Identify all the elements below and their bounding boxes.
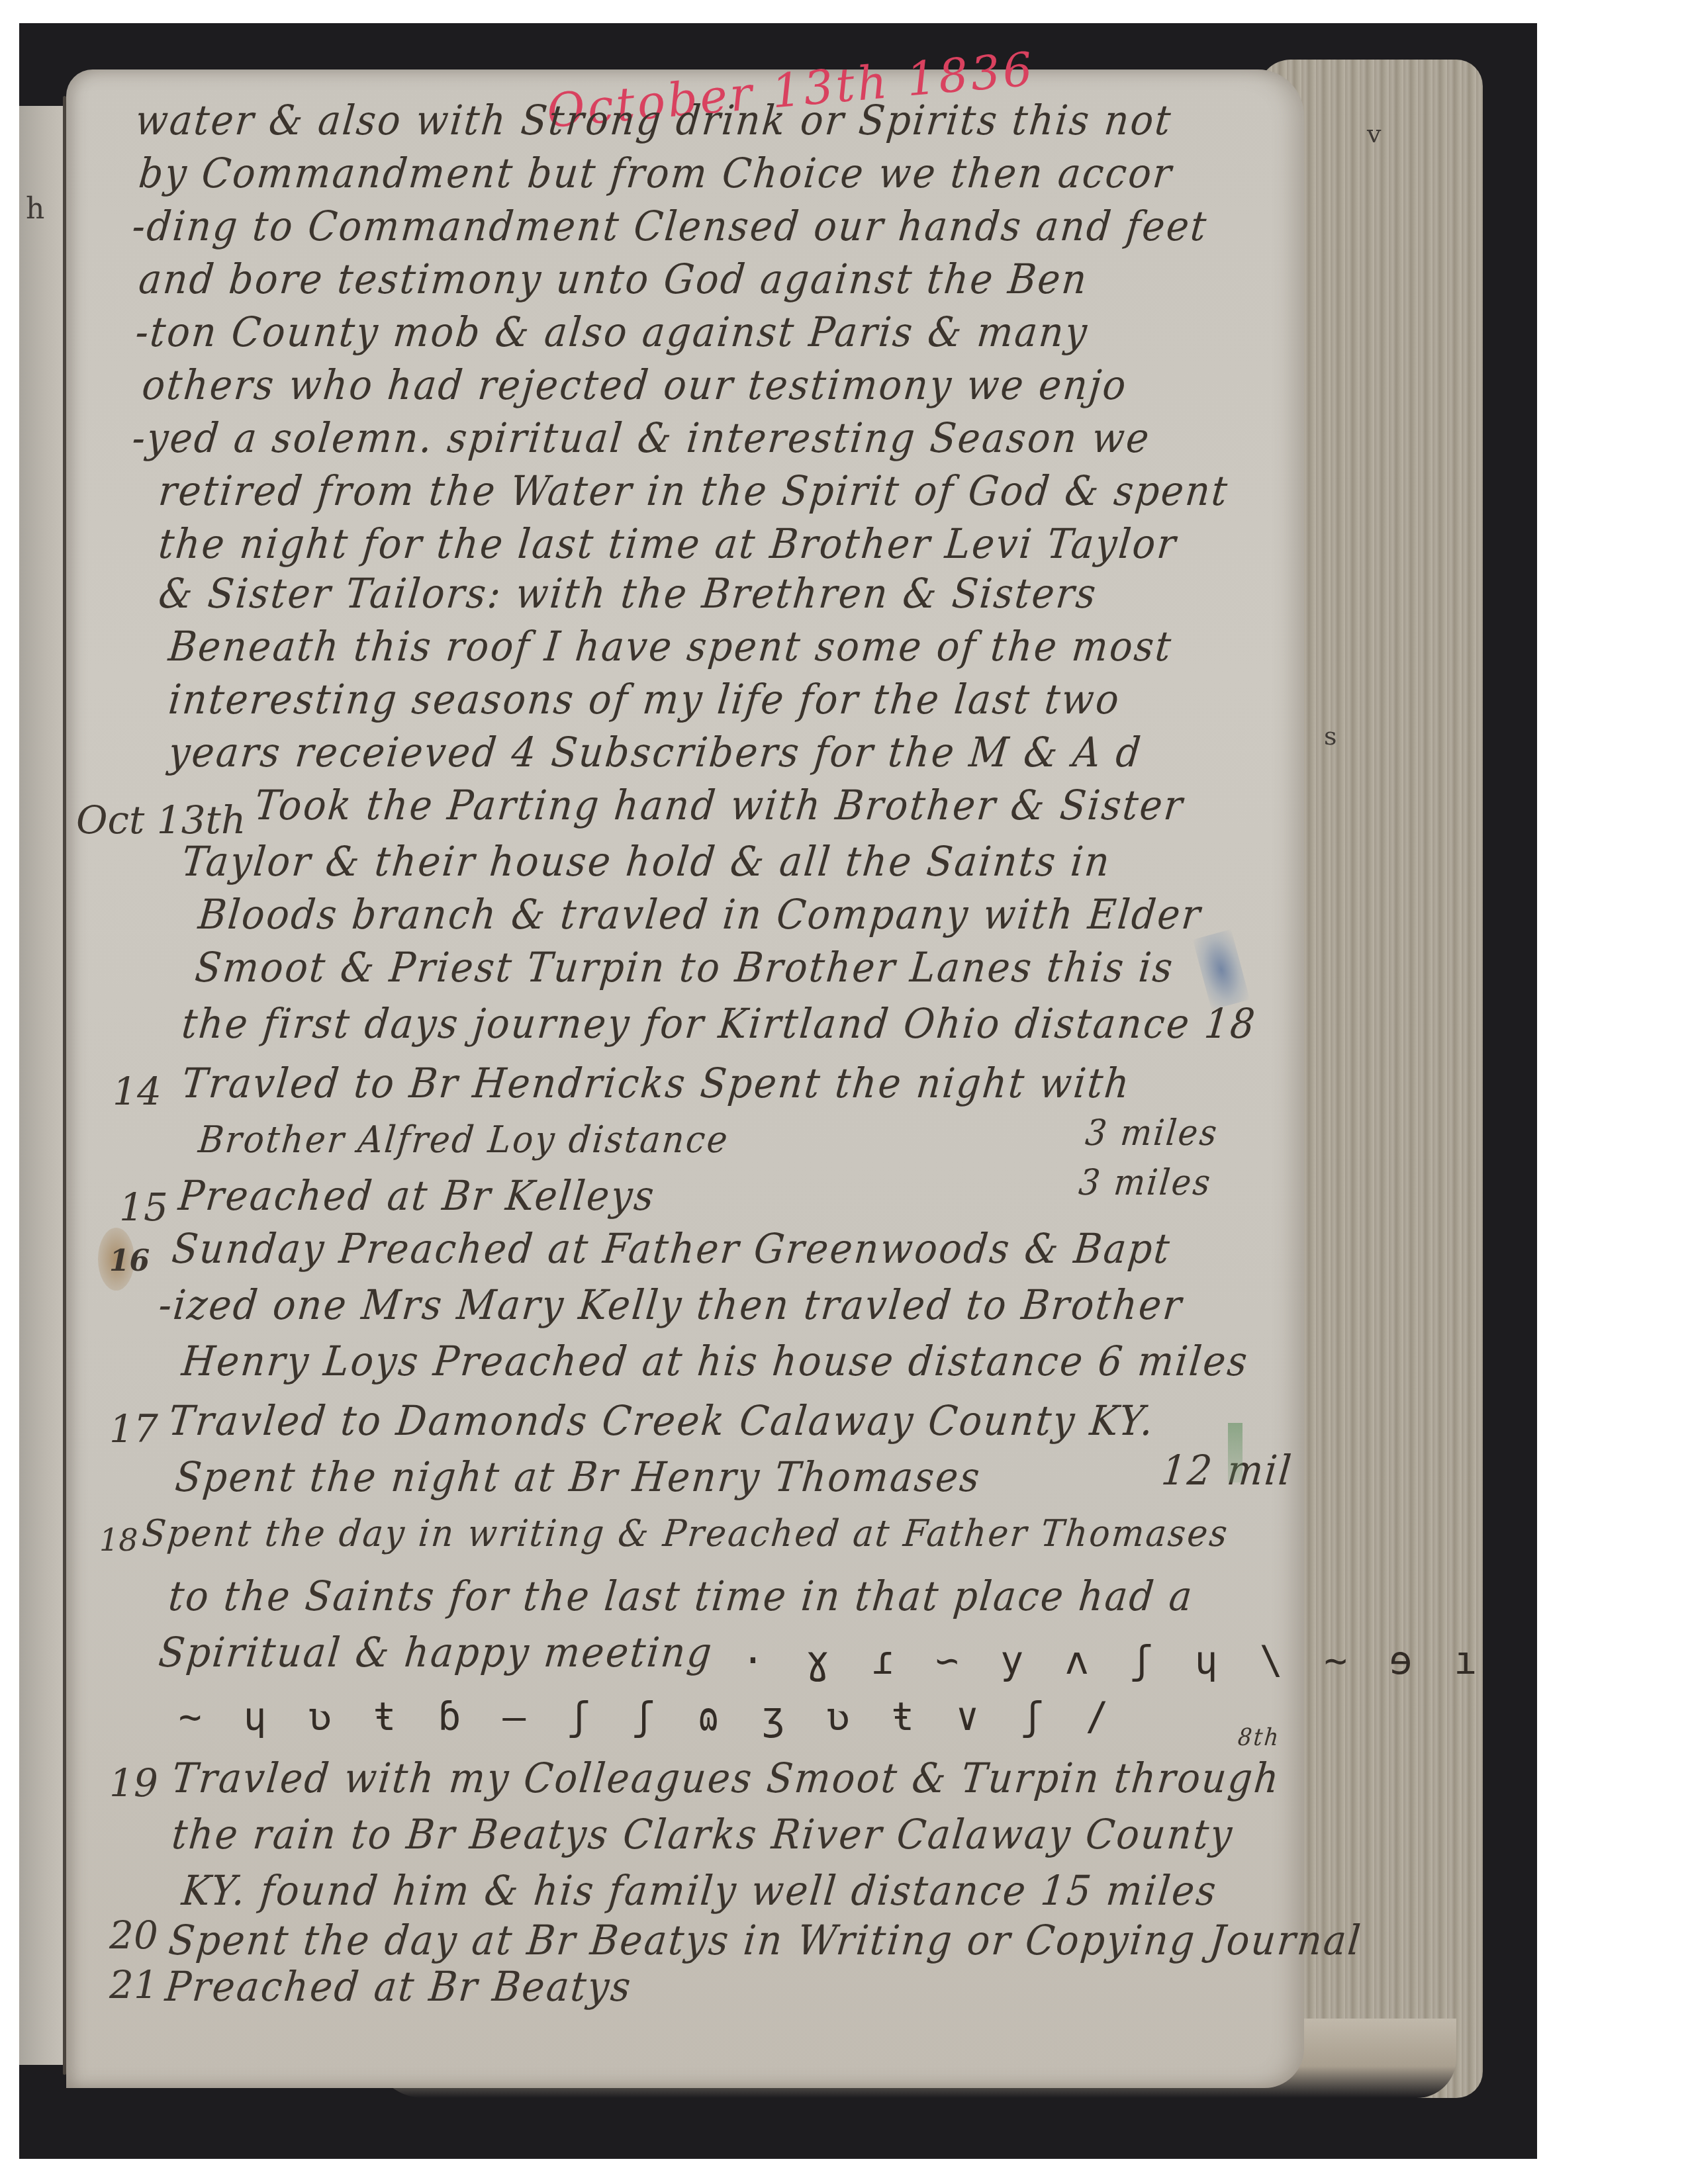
margin-date-oct-13: Oct 13th	[76, 797, 246, 842]
margin-day-14: 14	[113, 1069, 162, 1114]
journal-line-29: Spiritual & happy meeting	[156, 1628, 715, 1676]
journal-line-25: Travled to Damonds Creek Calaway County …	[166, 1396, 1157, 1445]
journal-line-28: to the Saints for the last time in that …	[166, 1572, 1196, 1620]
margin-day-18: 18	[99, 1522, 138, 1558]
journal-line-2: by Commandment but from Choice we then a…	[136, 149, 1175, 197]
journal-line-13: years receieved 4 Subscribers for the M …	[166, 728, 1144, 776]
journal-line-4: and bore testimony unto God against the …	[136, 255, 1090, 303]
journal-line-3: -ding to Commandment Clensed our hands a…	[130, 202, 1209, 250]
margin-day-21: 21	[109, 1962, 158, 2007]
journal-line-19: Travled to Br Hendricks Spent the night …	[179, 1059, 1133, 1107]
journal-line-21: Preached at Br Kelleys	[176, 1171, 657, 1220]
journal-line-27: Spent the day in writing & Preached at F…	[140, 1512, 1231, 1555]
journal-line-32: the rain to Br Beatys Clarks River Calaw…	[169, 1810, 1236, 1858]
journal-line-8: retired from the Water in the Spirit of …	[156, 467, 1231, 515]
superscript-8th: 8th	[1237, 1724, 1282, 1751]
shorthand-line-1: · ɣ ɾ ∽ y ʌ ʃ ɥ \ ∼ ɘ ı	[741, 1638, 1486, 1683]
margin-day-19: 19	[109, 1760, 158, 1805]
journal-line-33: KY. found him & his family well distance…	[179, 1866, 1219, 1915]
margin-day-16: 16	[109, 1244, 150, 1278]
journal-line-34: Spent the day at Br Beatys in Writing or…	[166, 1916, 1364, 1964]
journal-line-23: -ized one Mrs Mary Kelly then travled to…	[156, 1281, 1185, 1329]
journal-line-35: Preached at Br Beatys	[163, 1962, 634, 2011]
journal-line-17: Smoot & Priest Turpin to Brother Lanes t…	[193, 943, 1176, 991]
margin-day-17: 17	[109, 1406, 158, 1451]
distance-3-miles-a: 3 miles	[1084, 1112, 1221, 1154]
margin-day-20: 20	[109, 1913, 158, 1958]
journal-line-12: interesting seasons of my life for the l…	[166, 675, 1123, 723]
journal-line-1: water & also with Strong drink or Spirit…	[133, 96, 1174, 144]
journal-line-20: Brother Alfred Loy distance	[197, 1118, 731, 1161]
journal-line-9: the night for the last time at Brother L…	[156, 520, 1179, 568]
journal-line-31: Travled with my Colleagues Smoot & Turpi…	[169, 1754, 1282, 1802]
journal-line-18: the first days journey for Kirtland Ohio…	[179, 999, 1258, 1048]
journal-line-24: Henry Loys Preached at his house distanc…	[179, 1337, 1250, 1385]
handwritten-text: October 13th 1836 water & also with Stro…	[0, 0, 1688, 2184]
journal-line-26: Spent the night at Br Henry Thomases	[173, 1453, 983, 1501]
journal-line-16: Bloods branch & travled in Company with …	[196, 890, 1203, 938]
shorthand-line-2: ∼ ɥ ʋ ŧ ɓ — ʃ ʃ ɷ ʒ ʋ ŧ ∨ ʃ /	[179, 1694, 1118, 1739]
journal-line-6: others who had rejected our testimony we…	[140, 361, 1129, 409]
blue-ink-mark	[1193, 929, 1250, 1010]
journal-line-15: Taylor & their house hold & all the Sain…	[179, 837, 1113, 886]
journal-line-5: -ton County mob & also against Paris & m…	[133, 308, 1090, 356]
journal-line-14: Took the Parting hand with Brother & Sis…	[252, 781, 1186, 829]
margin-day-15: 15	[119, 1185, 168, 1230]
distance-12-miles: 12 mil	[1159, 1446, 1295, 1494]
journal-line-7: -yed a solemn. spiritual & interesting S…	[130, 414, 1152, 462]
journal-line-10: & Sister Tailors: with the Brethren & Si…	[156, 569, 1100, 617]
green-ink-mark	[1228, 1423, 1243, 1482]
journal-line-22: Sunday Preached at Father Greenwoods & B…	[169, 1224, 1173, 1273]
distance-3-miles-b: 3 miles	[1077, 1161, 1214, 1203]
journal-line-11: Beneath this roof I have spent some of t…	[166, 622, 1174, 670]
